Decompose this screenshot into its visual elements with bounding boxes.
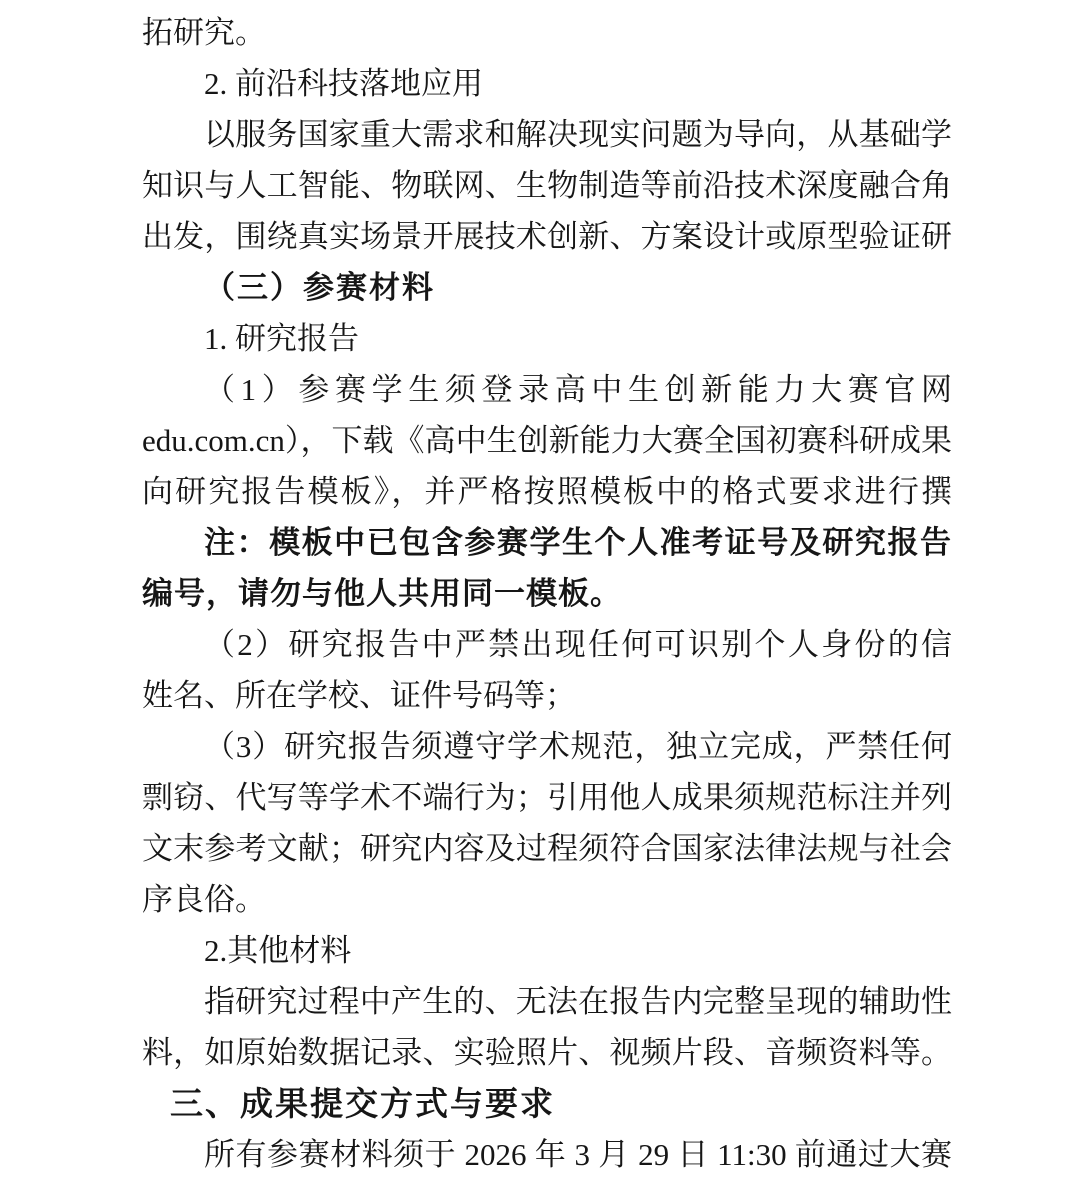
note-line: 注：模板中已包含参赛学生个人准考证号及研究报告唯一 (142, 517, 952, 568)
body-line: 指研究过程中产生的、无法在报告内完整呈现的辅助性材 (142, 976, 952, 1027)
body-line: edu.com.cn），下载《高中生创新能力大赛全国初赛科研成果方 (142, 415, 952, 466)
body-line: （3）研究报告须遵守学术规范，独立完成，严禁任何抄袭、 (142, 721, 952, 772)
body-line: 出发，围绕真实场景开展技术创新、方案设计或原型验证研究。 (142, 211, 952, 262)
body-line: 文末参考文献；研究内容及过程须符合国家法律法规与社会公 (142, 823, 952, 874)
note-line: 编号，请勿与他人共用同一模板。 (142, 568, 952, 619)
list-item-heading: 1. 研究报告 (142, 313, 952, 364)
body-line: 向研究报告模板》，并严格按照模板中的格式要求进行撰写； (142, 466, 952, 517)
document-body: 拓研究。2. 前沿科技落地应用以服务国家重大需求和解决现实问题为导向，从基础学科… (142, 7, 952, 1178)
body-line: 姓名、所在学校、证件号码等； (142, 670, 952, 721)
subsection-heading: （三）参赛材料 (142, 262, 952, 313)
list-item-heading: 2.其他材料 (142, 925, 952, 976)
body-line: 知识与人工智能、物联网、生物制造等前沿技术深度融合角度 (142, 160, 952, 211)
body-line: 序良俗。 (142, 874, 952, 925)
section-heading: 三、成果提交方式与要求 (170, 1078, 952, 1129)
body-line: （1）参赛学生须登录高中生创新能力大赛官网（www.icc (142, 364, 952, 415)
body-line: （2）研究报告中严禁出现任何可识别个人身份的信息，如 (142, 619, 952, 670)
body-line: 剽窃、代写等学术不端行为；引用他人成果须规范标注并列入 (142, 772, 952, 823)
document-page: 拓研究。2. 前沿科技落地应用以服务国家重大需求和解决现实问题为导向，从基础学科… (0, 0, 1080, 1178)
list-item-heading: 2. 前沿科技落地应用 (142, 58, 952, 109)
body-line: 拓研究。 (142, 7, 952, 58)
body-line: 料，如原始数据记录、实验照片、视频片段、音频资料等。 (142, 1027, 952, 1078)
body-line: 所有参赛材料须于 2026 年 3 月 29 日 11:30 前通过大赛官网 (142, 1129, 952, 1178)
body-line: 以服务国家重大需求和解决现实问题为导向，从基础学科 (142, 109, 952, 160)
